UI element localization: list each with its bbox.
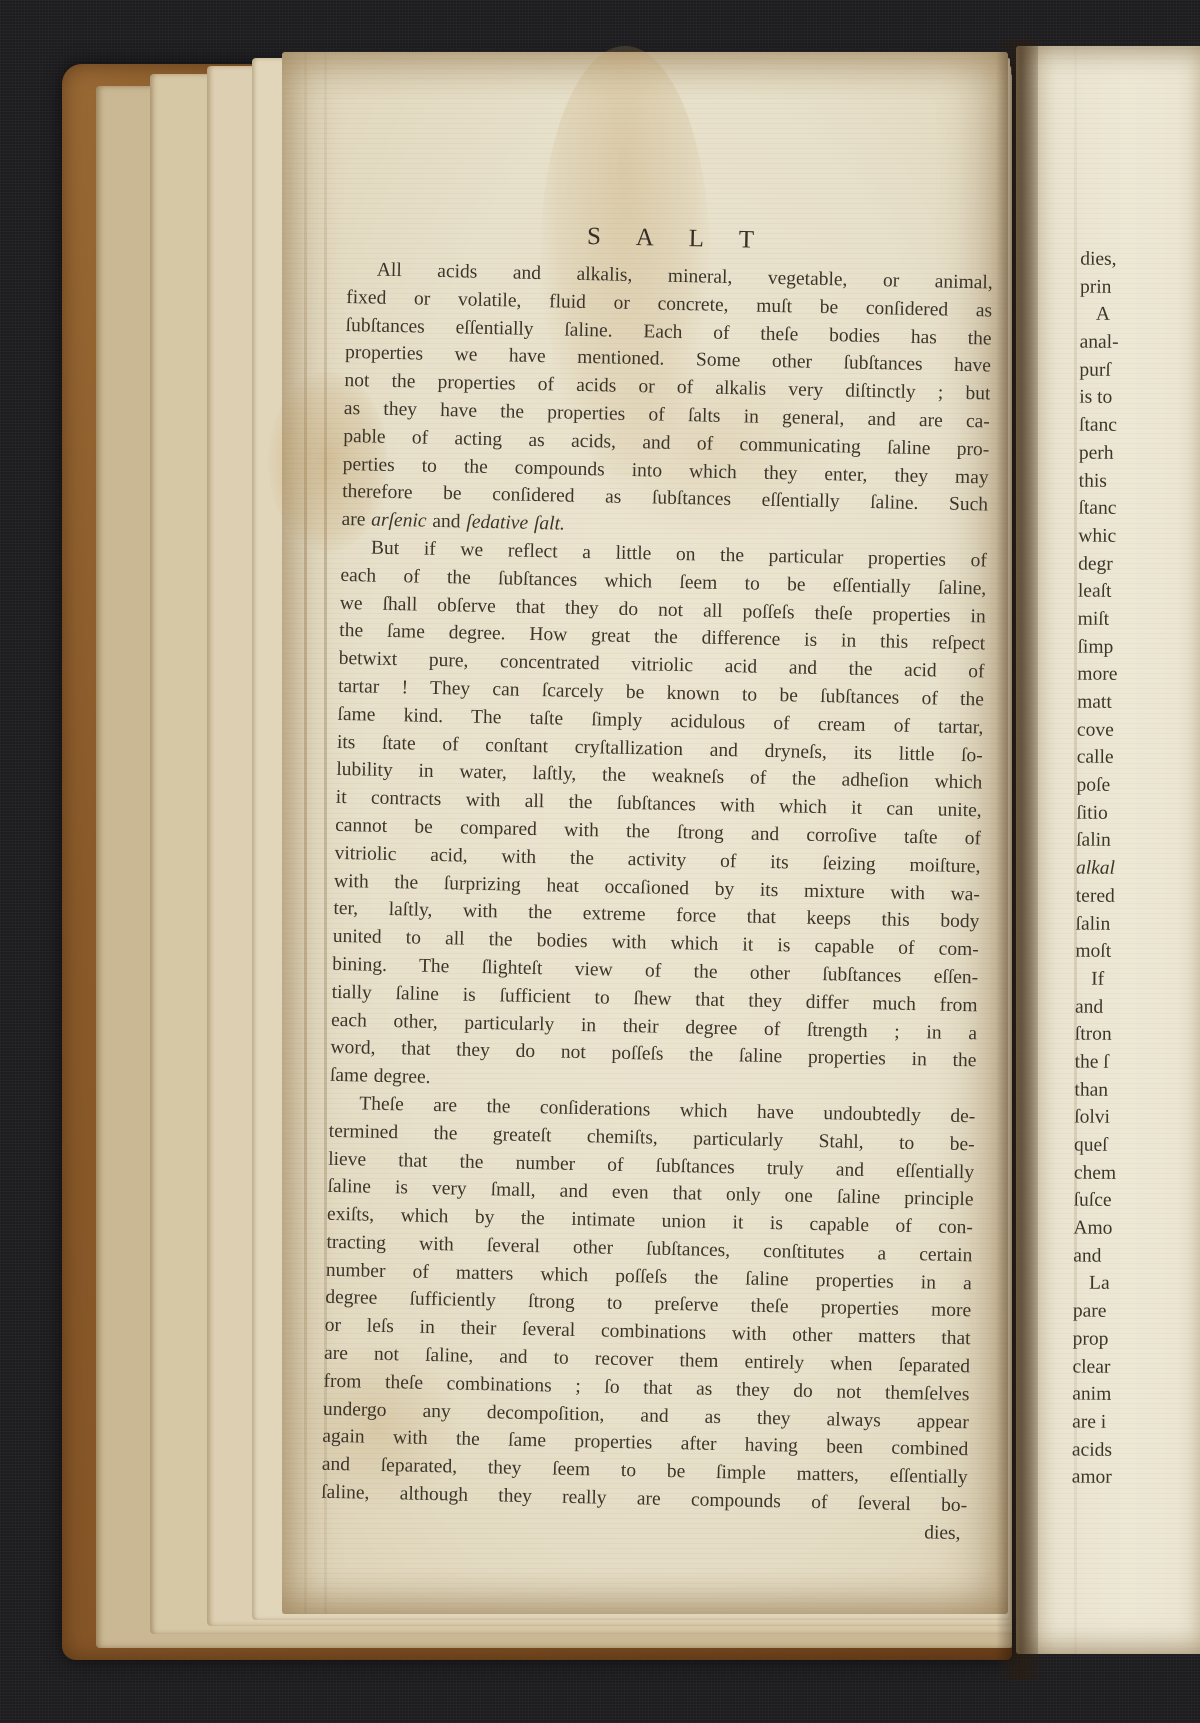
text-line: ſtanc (1079, 412, 1200, 441)
text-line: clear (1072, 1353, 1196, 1382)
book-photo: S A L T All acids and alkalis, mineral, … (0, 0, 1200, 1723)
text-line: acids (1072, 1436, 1196, 1465)
text-line: chem (1074, 1159, 1198, 1188)
text-line: perh (1079, 439, 1200, 468)
text-line: whic (1078, 522, 1200, 551)
text-line: poſe (1076, 772, 1200, 801)
text-line: this (1079, 467, 1200, 496)
text-line: tered (1076, 882, 1200, 911)
paragraph: But if we reflect a little on the partic… (330, 534, 988, 1103)
text-block: S A L T All acids and alkalis, mineral, … (320, 214, 994, 1548)
text-line: are i (1072, 1408, 1196, 1437)
text-line: matt (1077, 689, 1200, 718)
text-line: ſolvi (1074, 1104, 1198, 1133)
text-line: is to (1079, 384, 1200, 413)
paragraph: Theſe are the conſiderations which have … (321, 1090, 976, 1520)
text-line: leaſt (1078, 578, 1200, 607)
text-line: ſalin (1075, 910, 1199, 939)
text-line: alkal (1076, 855, 1200, 884)
text-line: La (1073, 1270, 1197, 1299)
text-line: prop (1073, 1325, 1197, 1354)
text-line: the ſ (1075, 1049, 1199, 1078)
text-line: dies, (1080, 246, 1200, 275)
italic-term: alkal (1076, 858, 1115, 879)
paragraphs: All acids and alkalis, mineral, vegetabl… (321, 256, 993, 1520)
text-line: than (1074, 1076, 1198, 1105)
text-line: ſuſce (1074, 1187, 1198, 1216)
text-line: and (1075, 993, 1199, 1022)
text-line: A (1080, 301, 1200, 330)
paragraph: All acids and alkalis, mineral, vegetabl… (341, 256, 993, 547)
text-line: ſalin (1076, 827, 1200, 856)
text-line: cove (1077, 716, 1200, 745)
text-line: prin (1080, 273, 1200, 302)
text-line: ſtron (1075, 1021, 1199, 1050)
fragment-lines: dies,prinAanal-purſis toſtancperhthisſta… (1072, 246, 1200, 1487)
italic-term: ſedative ſalt. (466, 512, 565, 535)
text-line: ſitio (1076, 799, 1200, 828)
text-line: calle (1077, 744, 1200, 773)
text-line: and (1073, 1242, 1197, 1271)
text-line: queſ (1074, 1132, 1198, 1161)
text-segment: and (426, 511, 466, 533)
text-line: ſtanc (1078, 495, 1200, 524)
text-line: pare (1073, 1298, 1197, 1327)
text-line: If (1075, 965, 1199, 994)
text-line: moſt (1075, 938, 1199, 967)
text-line: amor (1072, 1464, 1196, 1487)
text-line: anim (1072, 1381, 1196, 1410)
italic-term: arſenic (371, 510, 427, 532)
text-line: more (1077, 661, 1200, 690)
text-line: Amo (1073, 1215, 1197, 1244)
text-line: purſ (1079, 356, 1200, 385)
text-line: miſt (1078, 606, 1200, 635)
text-line: anal- (1080, 329, 1200, 358)
text-line: degr (1078, 550, 1200, 579)
page-crease (304, 52, 307, 1614)
text-line: ſimp (1077, 633, 1200, 662)
text-segment: are (341, 509, 371, 531)
